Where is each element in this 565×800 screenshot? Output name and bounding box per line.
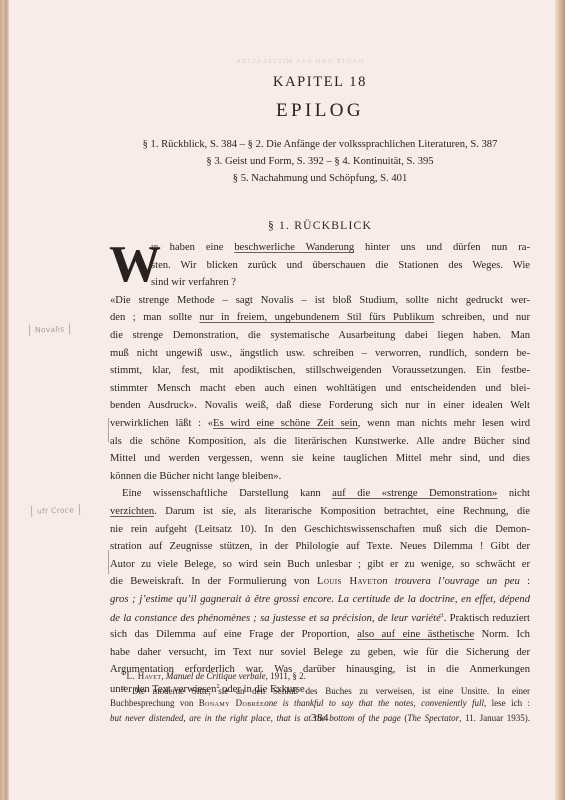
body-line: können die Bücher nicht lange bleiben». [110,468,530,486]
body-line: die strenge Demonstration, die systemati… [110,327,530,345]
body-line: habe daher versucht, im Text nur soviel … [110,644,530,662]
body-line: den ; man sollte nur in freiem, ungebund… [110,309,530,327]
margin-annotation-text: Novalis [35,324,65,334]
toc-line: § 1. Rückblick, S. 384 – § 2. Die Anfäng… [110,136,530,153]
section-heading: § 1. RÜCKBLICK [110,219,530,232]
body-line: Mittel und werden vergessen, wenn sie ke… [110,450,530,468]
page-right-edge [555,0,565,800]
footnote-line: 2 Die moderne Sitte, sie an den Schluß d… [110,682,530,697]
bleed-through-header: DANTE UND DAS MITTELALTER [219,58,379,65]
book-page: DANTE UND DAS MITTELALTER Novalis ufr Cr… [9,0,555,800]
chapter-label: KAPITEL 18 [110,74,530,91]
body-line: «Die strenge Methode – sagt Novalis – is… [110,292,530,310]
footnote-line: 1 L. Havet, Manuel de Critique verbale, … [110,667,530,682]
body-line: sich das Dilemma auf eine Frage der Prop… [110,626,530,644]
body-line: nie rein aufgeht (Leitsatz 10). In den G… [110,521,530,539]
body-line: verwirklichen läßt : «Es wird eine schön… [110,415,530,433]
toc-line: § 5. Nachahmung und Schöpfung, S. 401 [110,170,530,187]
body-line: als die schöne Komposition, als die lite… [110,433,530,451]
page-number: 384 [110,712,530,724]
margin-pencil-mark [108,418,109,442]
body-line: Eine wissenschaftliche Darstellung kann … [110,485,530,503]
body-line: die Beweiskraft. In der Formulierung von… [110,573,530,591]
drop-cap: W [109,241,161,289]
body-line: sind wir verfahren ? [110,274,530,292]
chapter-title: EPILOG [110,100,530,122]
book-spine-edge [0,0,9,800]
margin-pencil-mark [108,550,109,574]
chapter-contents: § 1. Rückblick, S. 384 – § 2. Die Anfäng… [110,136,530,187]
body-line: stration auf Zeugnisse stützen, in der P… [110,538,530,556]
body-line: stimmt, klar, fest, mit apodiktischen, s… [110,362,530,380]
body-line: Autor zu viele Belege, so wird sein Buch… [110,556,530,574]
body-line: gros ; j’estime qu’il gagnerait à être g… [110,591,530,609]
footnote-line: Buchbesprechung von Bonamy Dobréeone is … [110,696,530,711]
body-line: verzichten. Darum ist sie, als literaris… [110,503,530,521]
margin-annotation-novalis: Novalis [29,323,71,335]
body-text: W ir haben eine beschwerliche Wanderung … [110,239,530,696]
body-line: sten. Wir blicken zurück und überschauen… [110,257,530,275]
toc-line: § 3. Geist und Form, S. 392 – § 4. Konti… [110,153,530,170]
margin-annotation-text: ufr Croce [37,505,74,515]
body-line: benden Ausdruck». Novalis weiß, daß dies… [110,397,530,415]
body-line: de la constance des phénomènes ; sa just… [110,608,530,626]
body-line: stimmter Mensch macht eben auch einen wo… [110,380,530,398]
margin-annotation-croce: ufr Croce [31,504,80,517]
body-line: ir haben eine beschwerliche Wanderung hi… [110,239,530,257]
body-line: muß nicht ungewiß usw., ängstlich usw. s… [110,345,530,363]
